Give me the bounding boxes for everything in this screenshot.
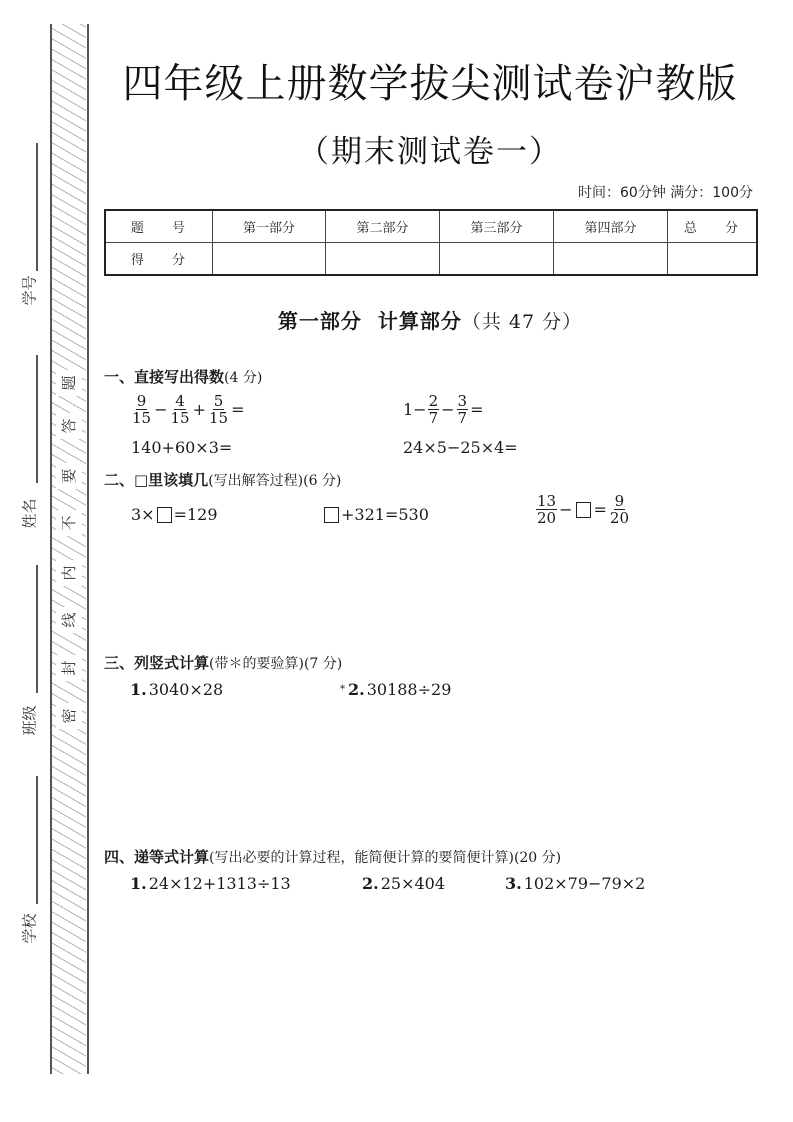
operator: −: [154, 400, 167, 419]
school-label: 学校: [19, 913, 40, 943]
exam-meta: 时间：60分钟 满分：100分: [578, 182, 753, 202]
strip-border-right: [87, 24, 89, 1074]
seal-char: 密: [56, 703, 82, 729]
part1-heading: 第一部分 计算部分（共 47 分）: [105, 305, 755, 334]
score-cell-part1[interactable]: [213, 243, 326, 276]
q2-points: (写出解答过程)(6 分): [208, 473, 341, 489]
name-field[interactable]: [36, 355, 38, 483]
q2-item-1: 3×=129: [131, 505, 218, 524]
score-header-cell: 题 号: [105, 210, 213, 243]
seal-char: 答: [56, 413, 82, 439]
name-label: 姓名: [19, 498, 40, 528]
operator: =: [470, 400, 483, 419]
student-id-label: 学号: [19, 275, 40, 305]
fraction: 37: [457, 393, 469, 426]
q3-points: (带＊的要验算)(7 分): [209, 656, 342, 672]
q1-item-2: 1− 27 − 37 =: [403, 393, 485, 426]
fraction: 515: [208, 393, 229, 426]
operator: =: [231, 400, 244, 419]
score-header-cell: 第二部分: [326, 210, 440, 243]
score-table: 题 号 第一部分 第二部分 第三部分 第四部分 总 分 得 分: [104, 209, 758, 276]
operator: −: [559, 500, 572, 519]
page-title: 四年级上册数学拔尖测试卷沪教版: [105, 52, 755, 109]
operator: −: [441, 400, 454, 419]
fraction: 915: [131, 393, 152, 426]
q3-title-text: 三、列竖式计算: [104, 654, 209, 672]
score-cell-part4[interactable]: [554, 243, 668, 276]
seal-char: 内: [56, 560, 82, 586]
seal-char: 要: [56, 463, 82, 489]
operator: =: [594, 500, 607, 519]
score-row-label: 得 分: [105, 243, 213, 276]
q3-item-2: *2.30188÷29: [340, 680, 451, 699]
score-cell-total[interactable]: [668, 243, 758, 276]
verify-star-icon: *: [340, 684, 345, 695]
fraction: 1320: [536, 493, 557, 526]
q4-item-3: 3.102×79−79×2: [505, 874, 645, 893]
q1-title-text: 一、直接写出得数: [104, 368, 224, 386]
q4-title-text: 四、递等式计算: [104, 848, 209, 866]
score-table-score-row: 得 分: [105, 243, 757, 276]
q4-item-2: 2.25×404: [362, 874, 445, 893]
answer-box[interactable]: [324, 507, 339, 523]
expr-lead: 1−: [403, 400, 427, 419]
school-field[interactable]: [36, 776, 38, 904]
q1-points: (4 分): [224, 370, 262, 386]
score-cell-part3[interactable]: [440, 243, 554, 276]
q2-title-text: 二、□里该填几: [104, 471, 208, 489]
q3-title: 三、列竖式计算(带＊的要验算)(7 分): [104, 652, 342, 673]
q1-item-1: 915 − 415 + 515 =: [130, 393, 246, 426]
seal-char: 题: [56, 370, 82, 396]
q3-item-1: 1.3040×28: [130, 680, 223, 699]
seal-char: 封: [56, 655, 82, 681]
q2-item-3: 1320 − = 920: [535, 493, 631, 526]
score-header-cell: 第三部分: [440, 210, 554, 243]
answer-box[interactable]: [576, 502, 591, 518]
q1-item-3: 140+60×3=: [131, 438, 232, 457]
q4-title: 四、递等式计算(写出必要的计算过程，能简便计算的要简便计算)(20 分): [104, 846, 561, 867]
score-cell-part2[interactable]: [326, 243, 440, 276]
class-field[interactable]: [36, 565, 38, 693]
part1-heading-main: 第一部分 计算部分: [278, 309, 462, 333]
score-header-cell: 总 分: [668, 210, 758, 243]
score-table-header-row: 题 号 第一部分 第二部分 第三部分 第四部分 总 分: [105, 210, 757, 243]
score-header-cell: 第一部分: [213, 210, 326, 243]
q4-item-1: 1.24×12+1313÷13: [130, 874, 291, 893]
q1-item-4: 24×5−25×4=: [403, 438, 518, 457]
fraction: 920: [609, 493, 630, 526]
fraction: 27: [428, 393, 440, 426]
class-label: 班级: [19, 705, 40, 735]
score-header-cell: 第四部分: [554, 210, 668, 243]
strip-hatching: [52, 24, 86, 1074]
part1-heading-points: （共 47 分）: [462, 311, 582, 333]
q4-points: (写出必要的计算过程，能简便计算的要简便计算)(20 分): [209, 850, 561, 866]
answer-box[interactable]: [157, 507, 172, 523]
q2-item-2: +321=530: [322, 505, 429, 524]
seal-char: 线: [56, 607, 82, 633]
q1-title: 一、直接写出得数(4 分): [104, 366, 262, 387]
fraction: 415: [170, 393, 191, 426]
operator: +: [193, 400, 206, 419]
seal-char: 不: [56, 510, 82, 536]
q2-title: 二、□里该填几(写出解答过程)(6 分): [104, 469, 341, 490]
page-subtitle: （期末测试卷一）: [105, 126, 755, 171]
student-id-field[interactable]: [36, 143, 38, 271]
